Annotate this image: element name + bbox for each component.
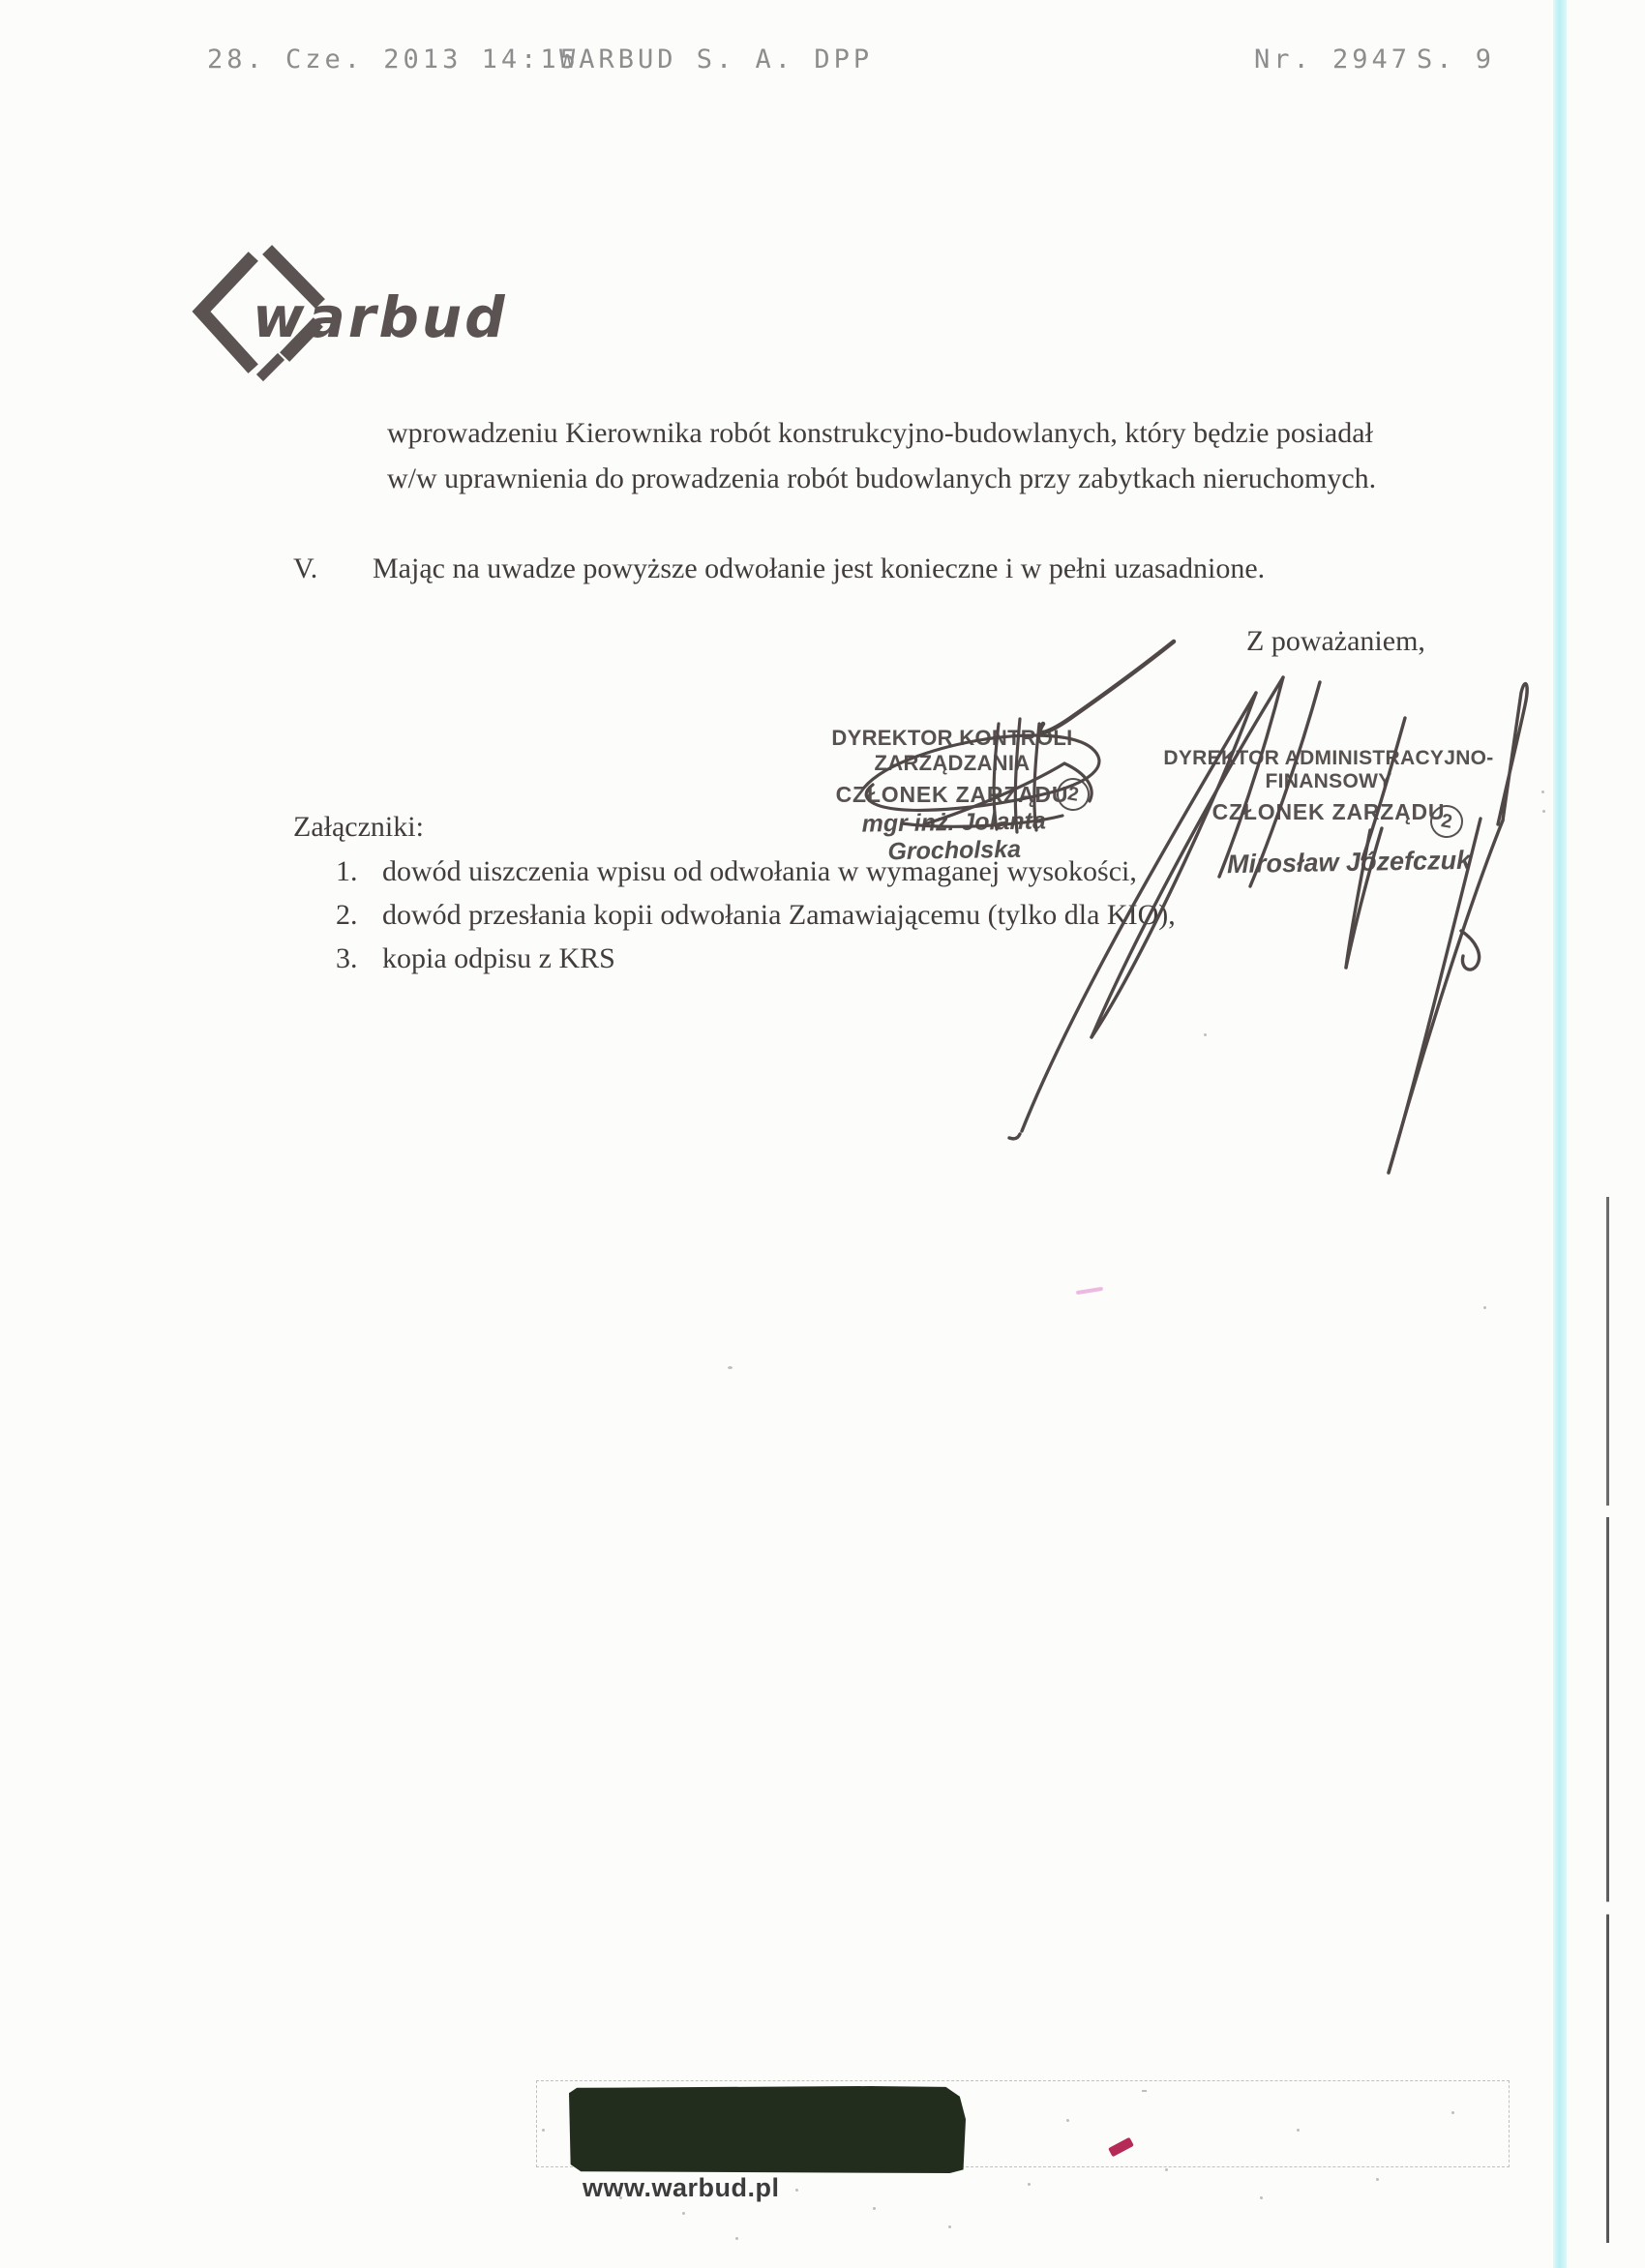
noise-speck bbox=[1260, 2196, 1263, 2199]
attachment-number: 1. bbox=[336, 850, 382, 893]
attachment-text: dowód przesłania kopii odwołania Zamawia… bbox=[382, 893, 1176, 937]
attachments-list: 1. dowód uiszczenia wpisu od odwołania w… bbox=[336, 850, 1176, 980]
noise-speck bbox=[1376, 2178, 1379, 2181]
closing-salutation: Z poważaniem, bbox=[1246, 625, 1425, 658]
noise-speck bbox=[735, 2237, 738, 2240]
section-v-text: Mając na uwadze powyższe odwołanie jest … bbox=[373, 552, 1265, 584]
noise-speck bbox=[1204, 1033, 1207, 1036]
attachment-item: 2. dowód przesłania kopii odwołania Zama… bbox=[336, 893, 1176, 937]
fax-datetime: 28. Cze. 2013 14:15 bbox=[207, 45, 580, 75]
noise-speck bbox=[1066, 2119, 1069, 2122]
redaction-box bbox=[569, 2086, 966, 2173]
attachment-number: 3. bbox=[336, 937, 382, 980]
noise-speck bbox=[728, 1366, 733, 1369]
stamp-control-director: DYREKTOR KONTROLI ZARZĄDZANIA CZŁONEK ZA… bbox=[819, 726, 1086, 808]
noise-speck bbox=[1542, 810, 1545, 813]
body-paragraph-line-2: w/w uprawnienia do prowadzenia robót bud… bbox=[387, 456, 1490, 501]
attachment-number: 2. bbox=[336, 893, 382, 937]
stamp-left-role: CZŁONEK ZARZĄDU bbox=[819, 782, 1086, 808]
scan-edge-stripe bbox=[1553, 0, 1567, 2268]
scan-edge-line bbox=[1606, 1197, 1609, 2243]
logo-wordmark: warbud bbox=[253, 284, 508, 350]
body-paragraph: wprowadzeniu Kierownika robót konstrukcy… bbox=[387, 410, 1490, 501]
noise-speck bbox=[1028, 2183, 1031, 2186]
pink-ink-mark bbox=[1076, 1287, 1103, 1295]
noise-speck bbox=[1451, 2111, 1454, 2114]
noise-speck bbox=[619, 2196, 622, 2199]
fax-page-number: S. 9 bbox=[1417, 45, 1495, 75]
noise-speck bbox=[873, 2207, 876, 2210]
noise-speck bbox=[948, 2225, 951, 2228]
website-url: www.warbud.pl bbox=[583, 2173, 780, 2203]
noise-speck bbox=[1165, 2168, 1168, 2171]
noise-speck bbox=[682, 2212, 685, 2215]
logo-diamond-icon: warbud bbox=[189, 240, 537, 395]
fax-number: Nr. 2947 bbox=[1254, 45, 1411, 75]
stamp-left-title: DYREKTOR KONTROLI ZARZĄDZANIA bbox=[819, 726, 1086, 776]
fax-sender: WARBUD S. A. DPP bbox=[559, 45, 873, 75]
attachment-item: 3. kopia odpisu z KRS bbox=[336, 937, 1176, 980]
noise-speck bbox=[1297, 2129, 1300, 2132]
noise-speck bbox=[1541, 791, 1544, 793]
section-v: V.Mając na uwadze powyższe odwołanie jes… bbox=[293, 552, 1503, 585]
attachment-item: 1. dowód uiszczenia wpisu od odwołania w… bbox=[336, 850, 1176, 893]
attachments-label: Załączniki: bbox=[293, 811, 424, 844]
noise-speck bbox=[542, 2129, 545, 2132]
noise-speck bbox=[795, 2189, 798, 2192]
attachment-text: kopia odpisu z KRS bbox=[382, 937, 615, 980]
stamp-right-name: Mirosław Józefczuk bbox=[1227, 846, 1472, 880]
section-v-number: V. bbox=[293, 552, 373, 585]
noise-speck bbox=[1483, 1306, 1486, 1309]
warbud-logo: warbud bbox=[189, 240, 537, 395]
stamp-right-title: DYREKTOR ADMINISTRACYJNO-FINANSOWY bbox=[1159, 747, 1498, 793]
noise-speck bbox=[1142, 2090, 1147, 2092]
attachment-text: dowód uiszczenia wpisu od odwołania w wy… bbox=[382, 850, 1137, 893]
scanned-fax-page: 28. Cze. 2013 14:15 WARBUD S. A. DPP Nr.… bbox=[0, 0, 1645, 2268]
body-paragraph-line-1: wprowadzeniu Kierownika robót konstrukcy… bbox=[387, 410, 1490, 456]
